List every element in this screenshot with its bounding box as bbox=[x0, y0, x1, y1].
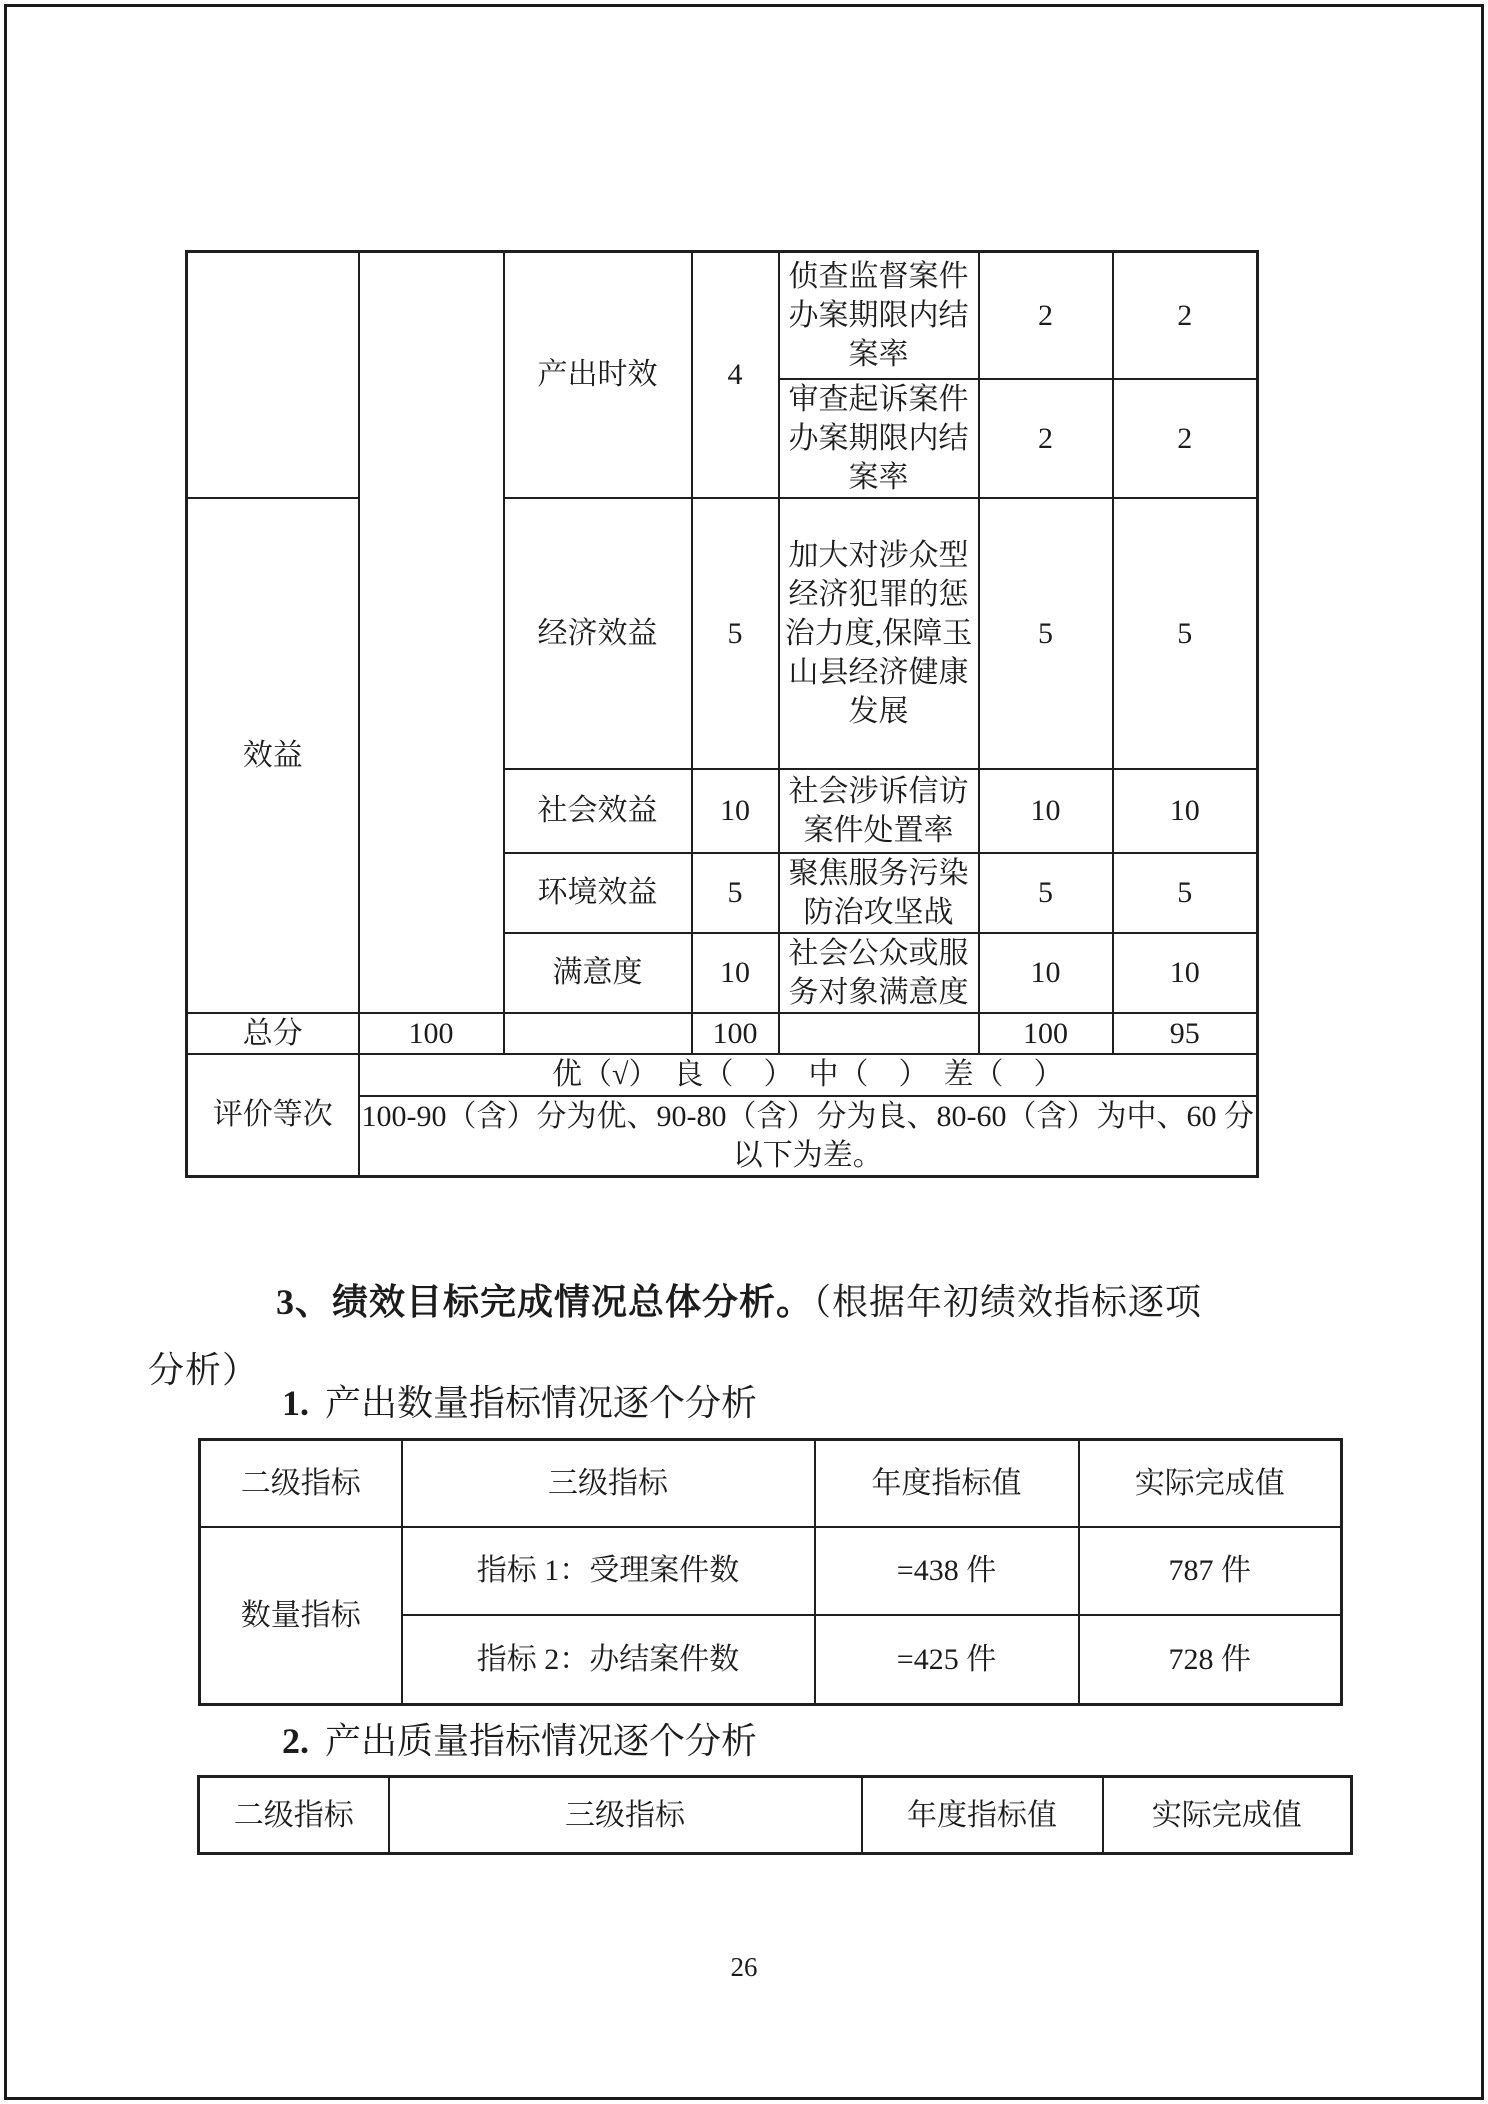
indicator-target-social: 10 bbox=[979, 769, 1113, 853]
indicator-text-social: 社会涉诉信访案件处置率 bbox=[779, 769, 979, 853]
header-secondary-indicator: 二级指标 bbox=[199, 1777, 389, 1854]
subcategory-timeliness-label: 产出时效 bbox=[504, 252, 692, 498]
subcategory-social-score: 10 bbox=[692, 769, 779, 853]
header-tertiary-indicator: 三级指标 bbox=[389, 1777, 862, 1854]
quantity-target-1: =438 件 bbox=[815, 1527, 1079, 1615]
header-secondary-indicator: 二级指标 bbox=[200, 1440, 402, 1527]
indicator-target-prosecution: 2 bbox=[979, 379, 1113, 498]
performance-score-table: 产出时效 4 侦查监督案件办案期限内结案率 2 2 审查起诉案件办案期限内结案率… bbox=[185, 250, 1259, 1178]
indicator-text-prosecution: 审查起诉案件办案期限内结案率 bbox=[779, 379, 979, 498]
grade-options: 优（√） 良（ ） 中（ ） 差（ ） bbox=[359, 1054, 1258, 1096]
subheading-quality-text: 产出质量指标情况逐个分析 bbox=[325, 1721, 757, 1761]
group-quantity-label: 数量指标 bbox=[200, 1527, 402, 1705]
group-empty-cell bbox=[187, 252, 359, 498]
indicator-text-satisfaction: 社会公众或服务对象满意度 bbox=[779, 933, 979, 1013]
header-actual-value: 实际完成值 bbox=[1103, 1777, 1352, 1854]
total-sub-score: 100 bbox=[692, 1013, 779, 1054]
header-annual-target: 年度指标值 bbox=[815, 1440, 1079, 1527]
total-actual: 95 bbox=[1113, 1013, 1258, 1054]
group-benefit-label: 效益 bbox=[187, 498, 359, 1013]
subcategory-timeliness-score: 4 bbox=[692, 252, 779, 498]
quantity-indicator-2: 指标 2：办结案件数 bbox=[402, 1615, 815, 1705]
quantity-target-2: =425 件 bbox=[815, 1615, 1079, 1705]
indicator-target-supervision: 2 bbox=[979, 252, 1113, 379]
subheading-quantity: 1.产出数量指标情况逐个分析 bbox=[282, 1380, 757, 1426]
total-empty-1 bbox=[504, 1013, 692, 1054]
header-row: 二级指标 三级指标 年度指标值 实际完成值 bbox=[200, 1440, 1342, 1527]
indicator-text-economic: 加大对涉众型经济犯罪的惩治力度,保障玉山县经济健康发展 bbox=[779, 498, 979, 769]
subcategory-economic-label: 经济效益 bbox=[504, 498, 692, 769]
indicator-text-environment: 聚焦服务污染防治攻坚战 bbox=[779, 853, 979, 933]
total-empty-2 bbox=[779, 1013, 979, 1054]
table-row: 效益 经济效益 5 加大对涉众型经济犯罪的惩治力度,保障玉山县经济健康发展 5 … bbox=[187, 498, 1258, 769]
indicator-actual-supervision: 2 bbox=[1113, 252, 1258, 379]
indicator-target-satisfaction: 10 bbox=[979, 933, 1113, 1013]
subcategory-social-label: 社会效益 bbox=[504, 769, 692, 853]
total-group-score: 100 bbox=[359, 1013, 504, 1054]
quantity-actual-2: 728 件 bbox=[1079, 1615, 1342, 1705]
subcategory-satisfaction-score: 10 bbox=[692, 933, 779, 1013]
indicator-actual-economic: 5 bbox=[1113, 498, 1258, 769]
subcategory-satisfaction-label: 满意度 bbox=[504, 933, 692, 1013]
page-number: 26 bbox=[0, 1952, 1488, 1983]
header-tertiary-indicator: 三级指标 bbox=[402, 1440, 815, 1527]
quantity-actual-1: 787 件 bbox=[1079, 1527, 1342, 1615]
header-annual-target: 年度指标值 bbox=[862, 1777, 1103, 1854]
grade-note: 100-90（含）分为优、90-80（含）分为良、80-60（含）为中、60 分… bbox=[359, 1096, 1258, 1177]
document-page: 产出时效 4 侦查监督案件办案期限内结案率 2 2 审查起诉案件办案期限内结案率… bbox=[0, 0, 1488, 2104]
subheading-quality: 2.产出质量指标情况逐个分析 bbox=[282, 1718, 757, 1764]
quantity-indicator-1: 指标 1：受理案件数 bbox=[402, 1527, 815, 1615]
indicator-actual-prosecution: 2 bbox=[1113, 379, 1258, 498]
indicator-actual-environment: 5 bbox=[1113, 853, 1258, 933]
indicator-target-environment: 5 bbox=[979, 853, 1113, 933]
subheading-quality-number: 2. bbox=[282, 1721, 309, 1761]
subheading-quantity-text: 产出数量指标情况逐个分析 bbox=[325, 1383, 757, 1423]
indicator-actual-satisfaction: 10 bbox=[1113, 933, 1258, 1013]
group-score-empty-cell bbox=[359, 252, 504, 1013]
quantity-indicator-table: 二级指标 三级指标 年度指标值 实际完成值 数量指标 指标 1：受理案件数 =4… bbox=[198, 1438, 1343, 1706]
indicator-target-economic: 5 bbox=[979, 498, 1113, 769]
section3-heading-bold: 3、绩效目标完成情况总体分析。 bbox=[276, 1282, 813, 1322]
subheading-quantity-number: 1. bbox=[282, 1383, 309, 1423]
grade-options-row: 评价等次 优（√） 良（ ） 中（ ） 差（ ） bbox=[187, 1054, 1258, 1096]
subcategory-environment-label: 环境效益 bbox=[504, 853, 692, 933]
indicator-text-supervision: 侦查监督案件办案期限内结案率 bbox=[779, 252, 979, 379]
header-actual-value: 实际完成值 bbox=[1079, 1440, 1342, 1527]
total-score-row: 总分 100 100 100 95 bbox=[187, 1013, 1258, 1054]
grade-label: 评价等次 bbox=[187, 1054, 359, 1177]
indicator-actual-social: 10 bbox=[1113, 769, 1258, 853]
total-label: 总分 bbox=[187, 1013, 359, 1054]
subcategory-environment-score: 5 bbox=[692, 853, 779, 933]
table-row: 数量指标 指标 1：受理案件数 =438 件 787 件 bbox=[200, 1527, 1342, 1615]
table-row: 产出时效 4 侦查监督案件办案期限内结案率 2 2 bbox=[187, 252, 1258, 379]
total-target: 100 bbox=[979, 1013, 1113, 1054]
subcategory-economic-score: 5 bbox=[692, 498, 779, 769]
quality-indicator-table: 二级指标 三级指标 年度指标值 实际完成值 bbox=[197, 1775, 1353, 1855]
header-row: 二级指标 三级指标 年度指标值 实际完成值 bbox=[199, 1777, 1352, 1854]
